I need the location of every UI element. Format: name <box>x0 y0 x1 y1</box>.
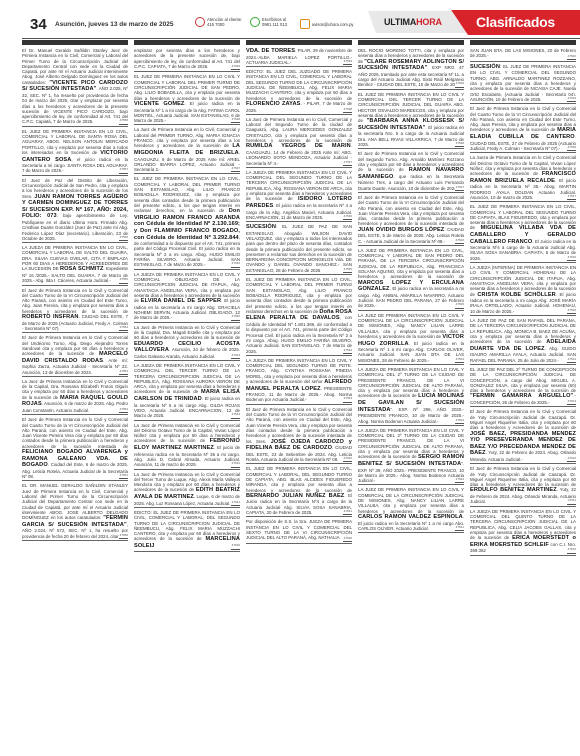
legal-notice: La Juez de Primera Instancia en lo Civil… <box>134 125 240 174</box>
legal-notice: EL JUEZ DE PRIMERA INSTANCIA EN LO CIVIL… <box>22 127 128 176</box>
notice-ref-code: 47538 <box>343 107 352 113</box>
column-top-rule <box>358 40 464 45</box>
notice-ref-code: 47558 <box>119 118 128 124</box>
notice-ref-code: 47551 <box>119 473 128 479</box>
page-number: 34 <box>30 16 47 33</box>
header-divider <box>22 38 580 39</box>
legal-notice: LA JUEZ DE PRIMERA INSTANCIA EN LO CIVIL… <box>358 485 464 533</box>
whatsapp-contact: Escríbinos al0981 111 013 <box>250 17 287 27</box>
brand-logo: ULTIMAHORA <box>384 17 442 27</box>
legal-notice: El Juez de Primera Instancia en lo Civil… <box>22 333 128 377</box>
notice-decedent-name: ERDULFO BENITEZ MARTINEZ <box>470 487 557 493</box>
legal-notice: EL JUEZ DE PRIMERA INSTANCIA EN LO CIVIL… <box>358 90 464 150</box>
page-header: 34 Asunción, jueves 13 de marzo de 2025 … <box>0 14 580 36</box>
notice-body-pre: EL JUEZ DE PAZ DEL 2º TURNO DE CONCEPCIÓ… <box>470 367 576 393</box>
legal-notice: La Juez de Primera Instancia en lo Civil… <box>134 323 240 361</box>
notice-ref-code: 47548 <box>231 117 240 123</box>
brand-hora: HORA <box>416 17 442 27</box>
legal-notice: EL DR. MANUEL GERALDO SAÑILDIN STANLEY J… <box>22 481 128 541</box>
notice-body-pre: La Juez de Primera Instancia en lo Civil… <box>134 127 240 148</box>
notice-body-post: : EL JUEZ DE PAZ DE SAN ESTANISLAO, Abog… <box>246 224 352 273</box>
notice-ref-code: 47516 <box>567 255 576 261</box>
legal-notice: Por disposición de S.S. la Sra. JUEZA DE… <box>246 517 352 543</box>
notice-body-pre: SAN JUAN BTA. DE LAS MISIONES, 20 de Feb… <box>470 48 576 58</box>
brand-ultima: ULTIMA <box>384 17 416 27</box>
notice-body-pre: El Juez de Primera Instancia en lo Civil… <box>22 417 128 448</box>
notice-decedent-name: SUCESIÓN <box>470 64 500 70</box>
notice-ref-code: 47524 <box>455 357 464 363</box>
notice-ref-code: 47525 <box>455 302 464 308</box>
notice-ref-code: 47539 <box>343 59 352 65</box>
legal-notice: El Dr. Manuel Geraldo Sañildin Stanley J… <box>22 46 128 127</box>
notice-body-pre: El Juez de Primera Instancia en lo Civil… <box>470 466 576 487</box>
notice-ref-code: 47513 <box>567 399 576 405</box>
notice-body-pre: La Juez de Primera Instancia en lo Civil… <box>246 117 352 143</box>
notice-ref-code: 47532 <box>343 456 352 462</box>
notice-decedent-name: VICENTE GOMEZ <box>134 101 184 107</box>
notice-ref-code: 47519 <box>567 96 576 102</box>
notice-ref-code: 47515 <box>567 308 576 314</box>
notice-decedent-name: ROBERTO INSFRAN <box>22 314 79 320</box>
notice-decedent-name: FLORENCIO ZAYAS <box>246 101 300 107</box>
notice-ref-code: 47550 <box>119 533 128 539</box>
legal-notice: LA JUEZA DE PRIMERA INSTANCIA EN LO CIVI… <box>358 426 464 486</box>
notice-decedent-name: CARLOS RAMON VALDEZ ESPINOLA <box>358 514 463 520</box>
notice-ref-code: 47514 <box>567 357 576 363</box>
notice-ref-code: 47536 <box>343 214 352 220</box>
notice-decedent-name: RUMILDA YEGROS DE MARIN <box>246 143 351 149</box>
notice-ref-code: 47510 <box>567 547 576 553</box>
legal-notice: El Juez de Primera Instancia en lo Civil… <box>22 415 128 481</box>
legal-notice: LA JUEZA DE PRIMERA INSTANCIA EN LO CIVI… <box>134 361 240 421</box>
notice-body-pre: emplazar por sesenta días a los heredero… <box>134 48 240 69</box>
notice-ref-code: 47533 <box>343 396 352 402</box>
notice-ref-code: 47520 <box>567 54 576 60</box>
contact-value: 415 7000 <box>207 22 224 27</box>
legal-notice: LA JUEZA (INTERINA) DE PRIMERA INSTANCIA… <box>470 263 576 316</box>
legal-notice: LA JUEZA DE PRIMERA INSTANCIA EN LO CIVI… <box>134 270 240 323</box>
notice-ref-code: 47528 <box>455 141 464 147</box>
legal-notice: La Jueza de Primera Instancia en lo Civi… <box>470 153 576 202</box>
legal-notice: El Juez de Primera Instancia en lo Civil… <box>22 286 128 334</box>
notice-ref-code: 47517 <box>567 194 576 200</box>
legal-notice: SUCESIÓN: EL JUEZ DE PAZ DE SAN ESTANISL… <box>246 222 352 275</box>
legal-notice: SAN JUAN BTA. DE LAS MISIONES, 20 de Feb… <box>470 46 576 62</box>
notice-ref-code: 47522 <box>455 477 464 483</box>
column-top-rule <box>246 40 352 45</box>
column-top-rule <box>470 40 576 45</box>
notice-ref-code: 47546 <box>231 261 240 267</box>
legal-notice: El Juez de Primera Instancia en lo Civil… <box>470 407 576 464</box>
mail-icon <box>300 19 310 29</box>
notice-ref-code: 47535 <box>343 267 352 273</box>
notice-ref-code: 47544 <box>231 353 240 359</box>
legal-notice: EL JUEZ DE PRIMERA INSTANCIA EN LO CIVIL… <box>134 72 240 125</box>
notice-ref-code: 47527 <box>455 185 464 191</box>
legal-notice: EL JUEZ DE PRIMERA INSTANCIA EN LO CIVIL… <box>246 464 352 517</box>
notice-body-pre: LA JUEZ DE PRIMERA INSTANCIA EN LO CIVIL… <box>358 248 464 279</box>
legal-notice: SUCESIÓN: EL JUEZ DE PRIMERA INSTANCIA E… <box>470 62 576 104</box>
legal-notice: LA JUEZA DE PRIMERA INSTANCIA EN LO CIVI… <box>470 507 576 556</box>
notice-ref-code: 47512 <box>567 456 576 462</box>
notice-body-pre: El Juez de Primera Instancia en lo Civil… <box>22 288 128 314</box>
notice-body-pre: EL JUEZ DE PRIMERA INSTANCIA EN LO CIVIL… <box>134 176 240 213</box>
column-4: DEL ROCIO MORENO TOTTI, cita y emplaza p… <box>358 40 464 752</box>
notice-ref-code: 47554 <box>119 325 128 331</box>
legal-notice: LA JUEZ DE PAZ DE SAN RAFAEL DEL PARANA,… <box>470 316 576 365</box>
legal-notice: EDICTO: EL JUEZ DE PRIMERA INSTANCIA EN … <box>134 508 240 552</box>
phone-icon <box>195 17 205 27</box>
legal-notice: EL JUEZ DE PAZ DEL 2º TURNO DE CONCEPCIÓ… <box>470 365 576 407</box>
notice-decedent-name: JUAN OVIDIO BURGOS LÓPEZ <box>358 227 444 233</box>
legal-notice: EL JUEZ DE PRIMERA INSTANCIA EN LO CIVIL… <box>246 275 352 356</box>
legal-notice: La Juez de Primera Instancia en lo Civil… <box>22 377 128 415</box>
notice-ref-code: 47530 <box>343 536 352 542</box>
legal-notice: emplazar por sesenta días a los heredero… <box>134 46 240 72</box>
legal-notice: El Juez de Primera Instancia en lo Civil… <box>358 193 464 246</box>
notice-ref-code: 47552 <box>119 407 128 413</box>
notice-body-pre: EL JUEZ DE PRIMERA INSTANCIA EN LO CIVIL… <box>246 466 352 492</box>
legal-notice: LA JUEZA DE PRIMERA INSTANCIA EN LO CIVI… <box>246 356 352 405</box>
notice-body-post: , con Cédula de Identidad Nº 1.801.369, … <box>246 315 352 353</box>
notice-ref-code: 47543 <box>231 412 240 418</box>
notice-decedent-name: ROSA SCHMITZ <box>60 266 104 272</box>
legal-notice: EL JUEZ DE PRIMERA INSTANCIA EN LO CIVIL… <box>134 174 240 269</box>
notice-body-post: . Yuty, 22 de Febrero de 2024. Abog. Orl… <box>470 450 576 462</box>
notice-decedent-name: BERNARDO JULIAN NUÑEZ BAEZ <box>246 493 344 499</box>
legal-notice: El Juez de Primera Instancia en lo Civil… <box>470 464 576 506</box>
notice-ref-code: 47529 <box>455 81 464 87</box>
notice-ref-code: 47537 <box>343 160 352 166</box>
email-contact[interactable]: avisos@uhora.com.py <box>300 19 354 29</box>
column-2: emplazar por sesenta días a los heredero… <box>134 40 240 752</box>
contact-value[interactable]: avisos@uhora.com.py <box>312 22 354 27</box>
column-top-rule <box>134 40 240 45</box>
whatsapp-icon <box>250 17 260 27</box>
notice-body-pre: Por disposición de S.S. la Sra. JUEZA DE… <box>246 519 352 540</box>
contact-value: 0981 111 013 <box>262 22 287 27</box>
notice-ref-code: 47511 <box>567 498 576 504</box>
notice-ref-code: 47518 <box>567 145 576 151</box>
legal-notice: LA JUEZA DE PRIMERA INSTANCIA EN LO CIVI… <box>246 168 352 222</box>
legal-notice: EL JUEZ DE PRIMERA INSTANCIA EN LO CIVIL… <box>470 202 576 263</box>
column-5: SAN JUAN BTA. DE LAS MISIONES, 20 de Feb… <box>470 40 576 752</box>
legal-notice: El Juez de Paz del Distrito de Liberació… <box>22 176 128 243</box>
notice-decedent-name: VDA. DE TORRES <box>246 48 295 54</box>
notice-ref-code: 47556 <box>119 235 128 241</box>
notice-body-pre: LA JUEZ DE PRIMERA INSTANCIA EN LO CIVIL… <box>358 487 464 513</box>
column-1: El Dr. Manuel Geraldo Sañildin Stanley J… <box>22 40 128 752</box>
legal-notice: LA JUEZ DE PRIMERA INSTANCIA EN LO CIVIL… <box>358 311 464 365</box>
notice-body-pre: EDICTO: EL JUEZ DEL JUZGADO DE PRIMERA I… <box>246 69 352 100</box>
legal-notice: LA JUEZA DE PRIMERA INSTANCIA EN LO CIVI… <box>358 365 464 426</box>
notice-decedent-name: SUCESIÓN <box>246 224 276 230</box>
notice-ref-code: 47547 <box>231 166 240 172</box>
legal-notice: DEL ROCIO MORENO TOTTI, cita y emplaza p… <box>358 46 464 90</box>
legal-notice: LA JUEZ DE PRIMERA INSTANCIA EN LO CIVIL… <box>358 246 464 311</box>
notice-ref-code: 47534 <box>343 348 352 354</box>
legal-notice: La Juez de Primera Instancia en lo Civil… <box>134 421 240 470</box>
notice-ref-code: 47526 <box>455 238 464 244</box>
notice-ref-code: 47531 <box>343 509 352 515</box>
legal-notice: VDA. DE TORRES. PILAR, 29 de noviembre d… <box>246 46 352 67</box>
notice-ref-code: 47557 <box>119 167 128 173</box>
legal-notice: EDICTO: EL JUEZ DEL JUZGADO DE PRIMERA I… <box>246 67 352 115</box>
notice-ref-code: 47555 <box>119 277 128 283</box>
legal-notice: LA JUEZA DE PRIMERA INSTANCIA EN LO CIVI… <box>22 243 128 285</box>
issue-date: Asunción, jueves 13 de marzo de 2025 <box>55 21 174 28</box>
classifieds-columns: El Dr. Manuel Geraldo Sañildin Stanley J… <box>22 40 578 752</box>
notice-body-pre: El Juez de Primera Instancia en lo Civil… <box>358 195 464 226</box>
notice-ref-code: 47541 <box>231 500 240 506</box>
notice-body-pre: La Juez de Primera Instancia en lo Civil… <box>134 325 240 341</box>
notice-ref-code: 47549 <box>231 64 240 70</box>
notice-ref-code: 47553 <box>119 369 128 375</box>
customer-service-contact: Atención al cliente:415 7000 <box>195 17 242 27</box>
legal-notice: La Juez de Primera Instancia en lo Civil… <box>246 115 352 168</box>
notice-body-post: : EL JUEZ DE PRIMERA INSTANCIA EN LO CIV… <box>470 64 576 102</box>
notice-decedent-name: CRISTA KOLBE SCHÖLLER <box>477 292 555 298</box>
notice-ref-code: 47542 <box>231 461 240 467</box>
column-top-rule <box>22 40 128 45</box>
notice-body-post: . AÑO 2.025, Nº 32, SEC. Nº 1, ha resuel… <box>22 86 128 124</box>
notice-decedent-name: ELVIRA DANIEL DE SAPPER <box>141 298 221 304</box>
legal-notice: La Juez de Primera Instancia en lo Civil… <box>134 470 240 508</box>
column-3: VDA. DE TORRES. PILAR, 29 de noviembre d… <box>246 40 352 752</box>
notice-body-pre: El Juez de Primera Instancia en lo Civil… <box>470 409 576 430</box>
notice-ref-code: 47521 <box>455 525 464 531</box>
legal-notice: El Juez de Primera Instancia en lo Civil… <box>470 104 576 153</box>
notice-ref-code: 47540 <box>231 543 240 549</box>
notice-ref-code: 47523 <box>455 418 464 424</box>
legal-notice: El Juez de Primera Instancia en lo Civil… <box>246 405 352 465</box>
notice-ref-code: 47545 <box>231 314 240 320</box>
legal-notice: El Juez de Primera Instancia en lo Civil… <box>358 149 464 193</box>
notice-body-pre: EL JUEZ DE PRIMERA INSTANCIA EN LO CIVIL… <box>134 74 240 100</box>
notice-decedent-name: "FERMIN GAMARRA ARGUELLO" <box>470 393 573 399</box>
